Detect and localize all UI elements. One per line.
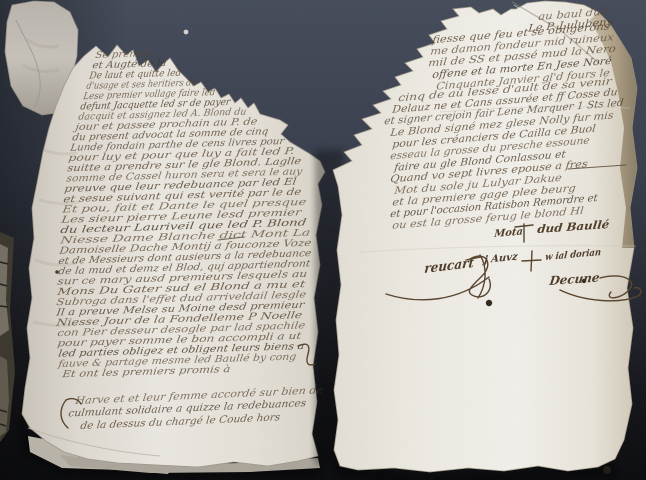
manuscript-photo: Se premieret Augté de laDe laut et quitt… (0, 0, 646, 480)
photo-grain (0, 0, 646, 480)
